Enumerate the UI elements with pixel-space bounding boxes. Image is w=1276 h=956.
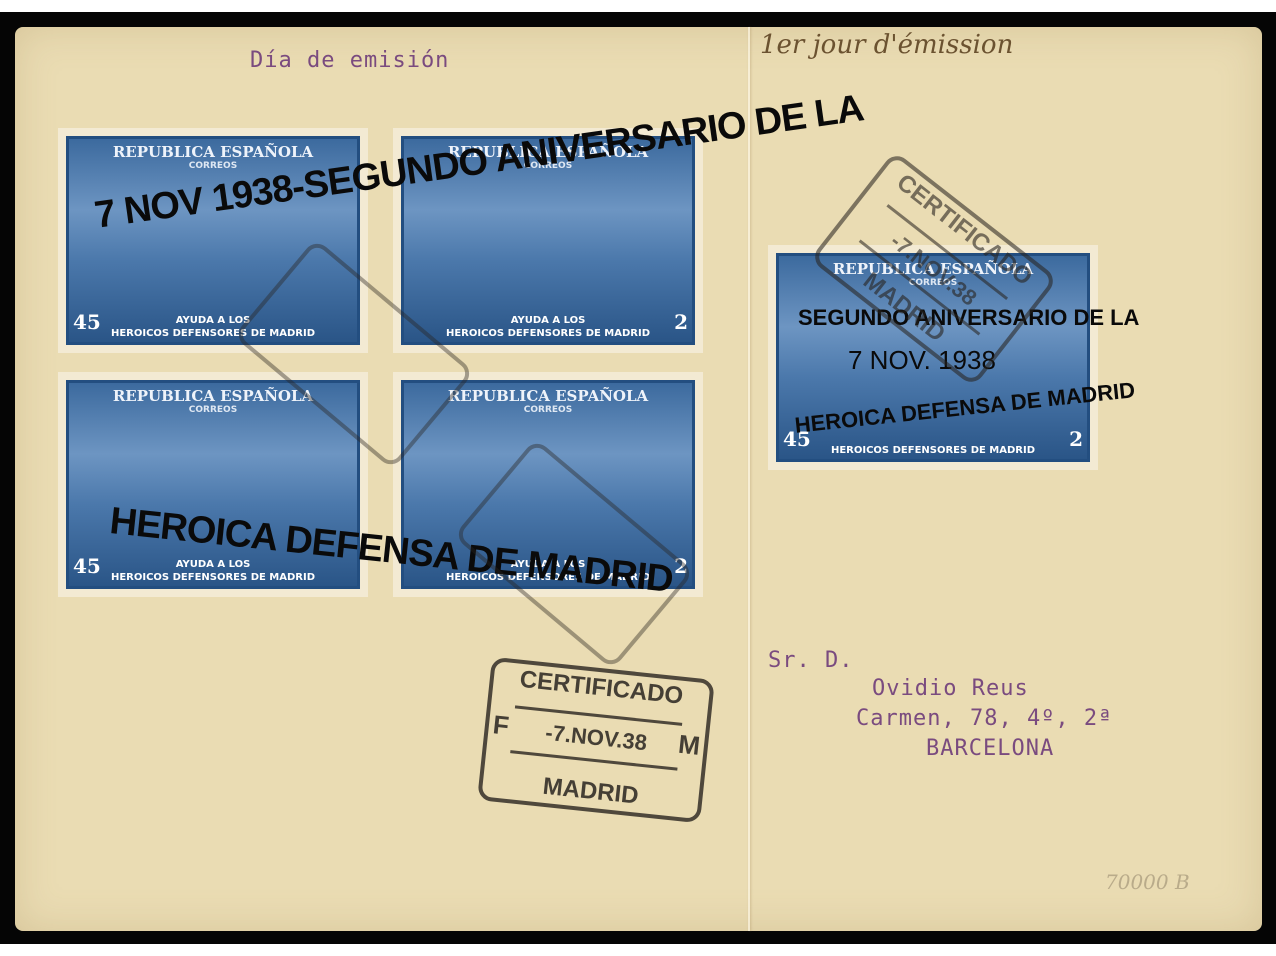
address-street: Carmen, 78, 4º, 2ª	[856, 706, 1112, 731]
typed-heading: Día de emisión	[250, 48, 449, 73]
envelope-fold	[748, 27, 750, 931]
postmark-left: F	[491, 709, 510, 741]
stamp-country: REPUBLICA ESPAÑOLA	[69, 143, 357, 161]
stamp-value: 2	[674, 310, 688, 334]
postmark-date: -7.NOV.38	[510, 705, 682, 770]
stamp-caption: HEROICOS DEFENSORES DE MADRID	[69, 572, 357, 583]
stamp-caption: AYUDA A LOS	[404, 315, 692, 326]
stamp-value: 45	[73, 554, 101, 578]
postmark-right: M	[677, 729, 702, 762]
address-city: BARCELONA	[926, 736, 1054, 761]
stamp-value: 2	[1069, 427, 1083, 451]
stamp-service: CORREOS	[69, 405, 357, 415]
stamp-caption: HEROICOS DEFENSORES DE MADRID	[404, 328, 692, 339]
address-salutation: Sr. D.	[768, 648, 853, 673]
stamp-value: 45	[73, 310, 101, 334]
registered-postmark: CERTIFICADO F -7.NOV.38 M MADRID	[477, 657, 715, 824]
pencil-note: 70000 B	[1105, 870, 1190, 894]
address-name: Ovidio Reus	[872, 676, 1029, 701]
stamp-caption: HEROICOS DEFENSORES DE MADRID	[779, 445, 1087, 456]
handwritten-note: 1er jour d'émission	[760, 30, 1013, 60]
stamp-service: CORREOS	[404, 405, 692, 415]
